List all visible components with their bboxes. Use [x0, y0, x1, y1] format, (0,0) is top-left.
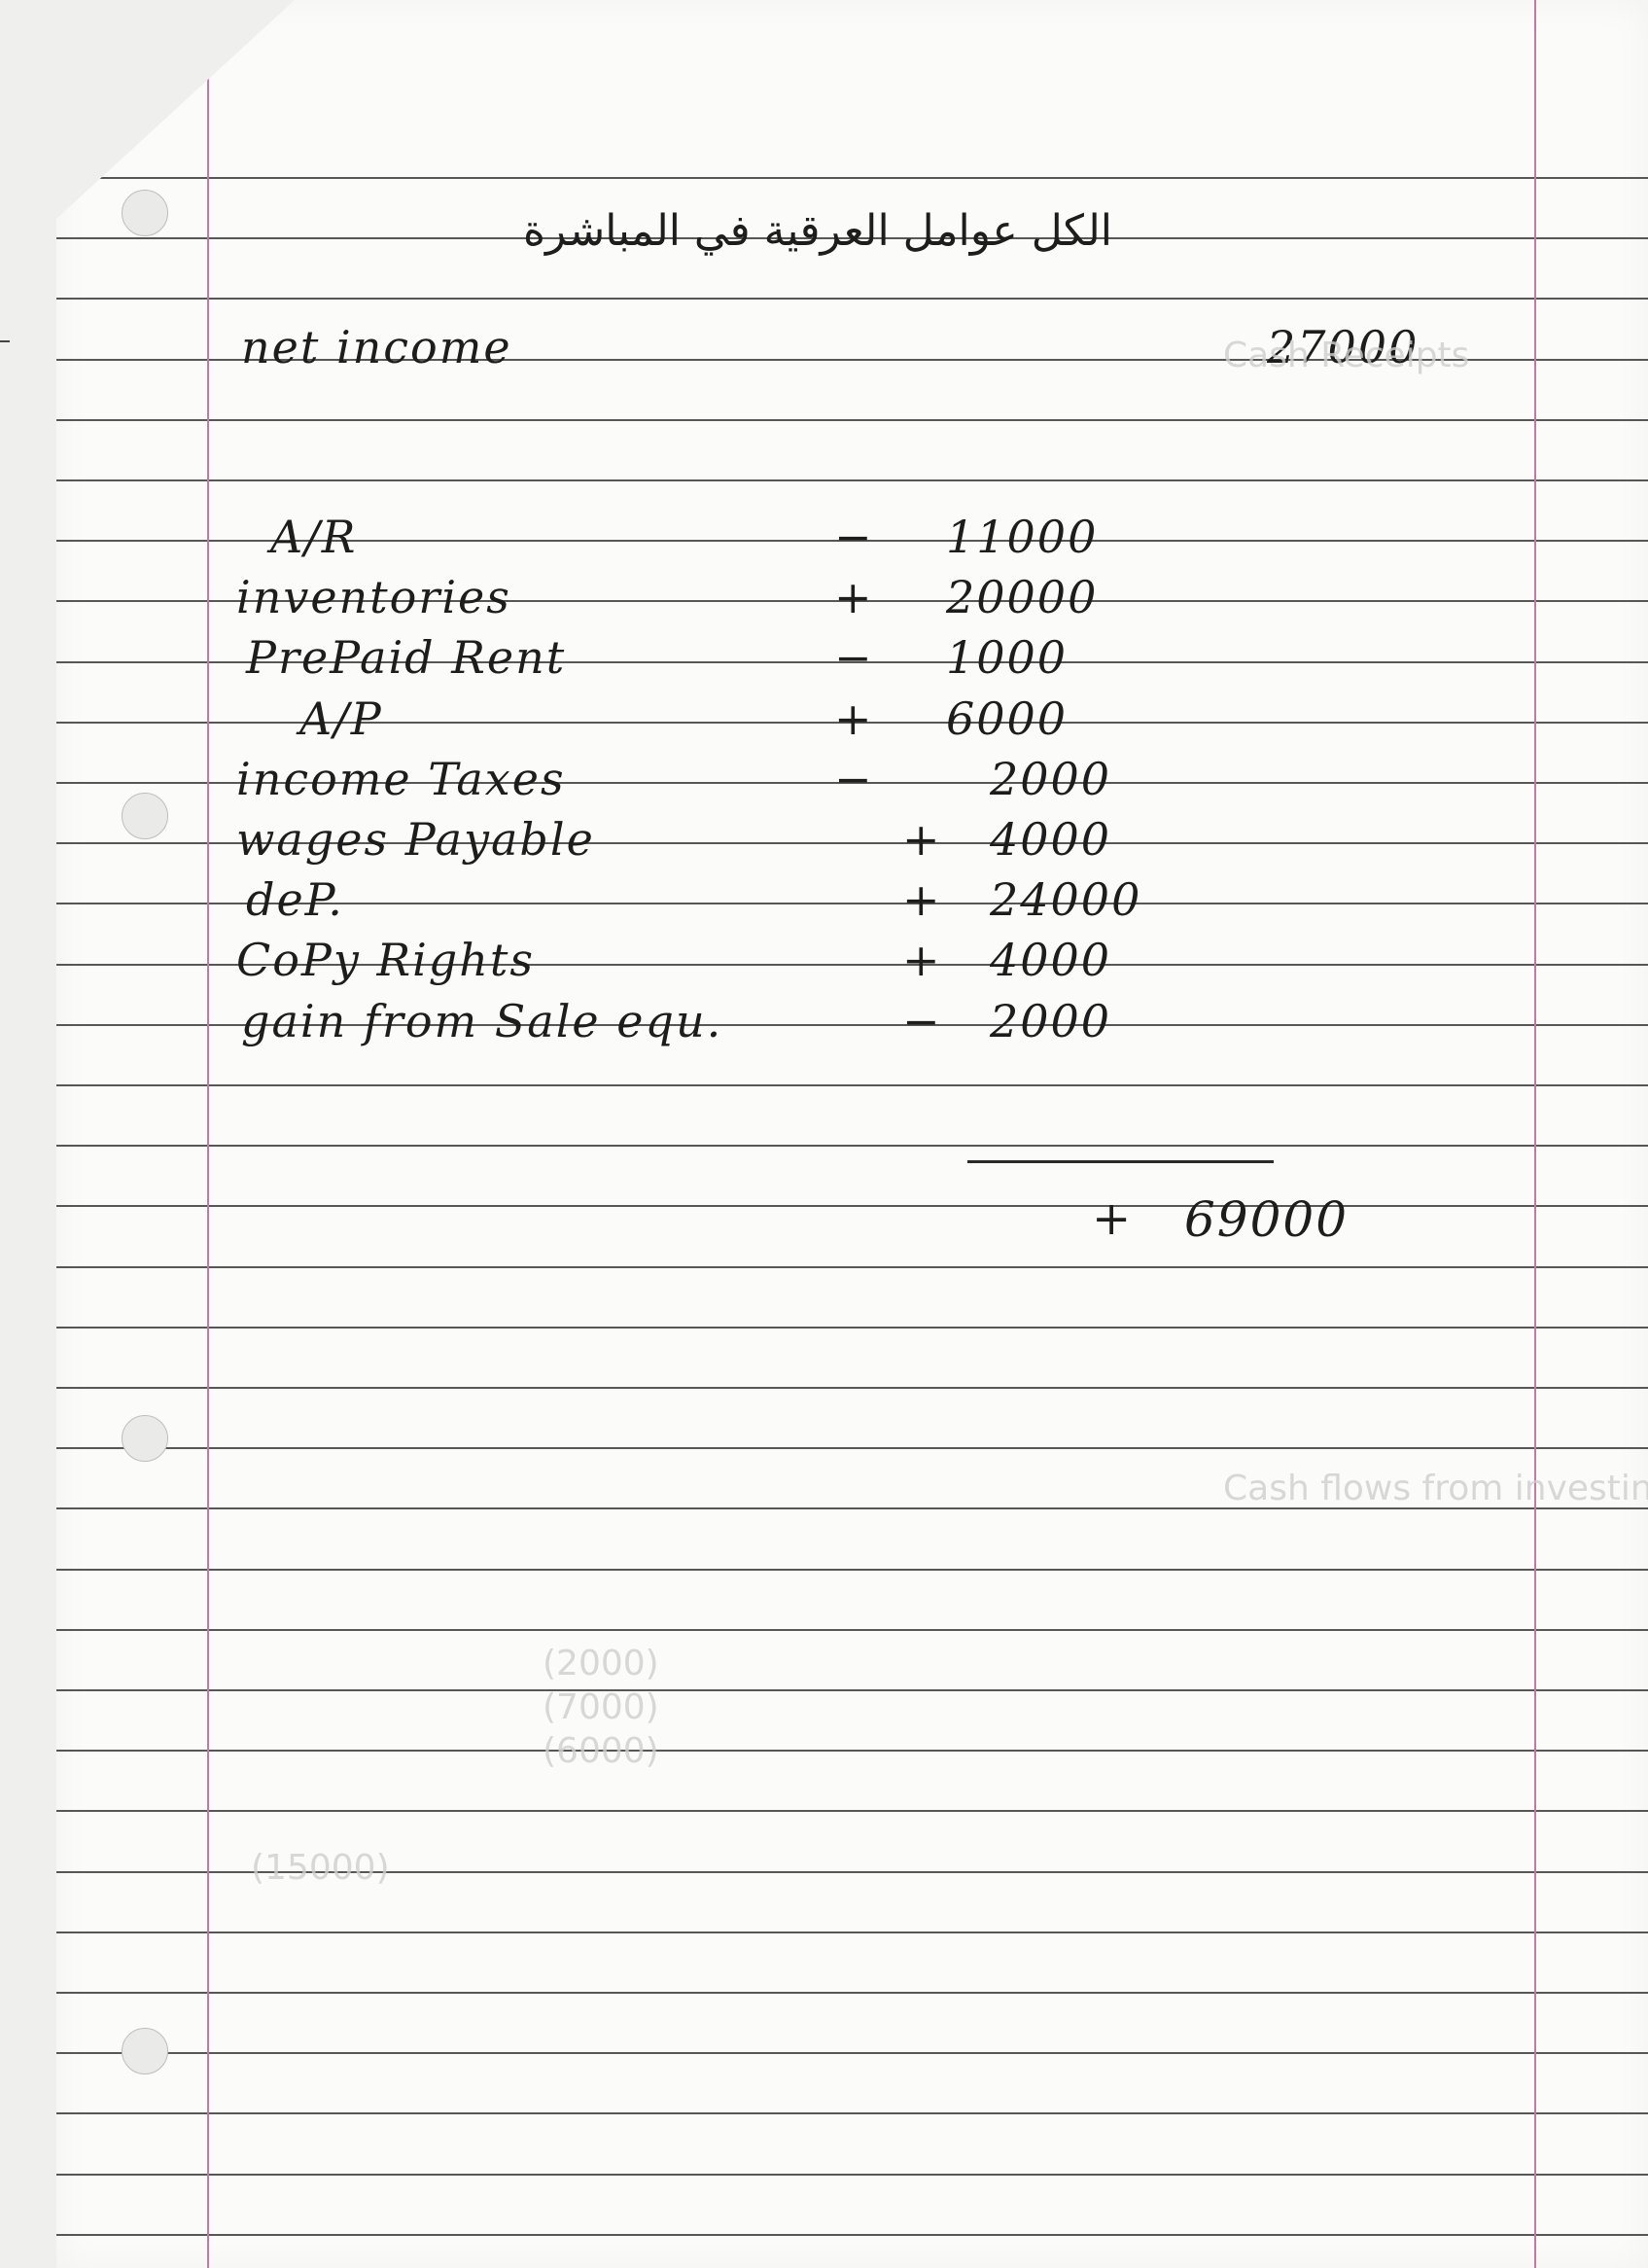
adjustment-label: CoPy Rights — [236, 934, 535, 986]
adjustment-label: A/R — [270, 511, 357, 563]
bleed-through-text: Cash Receipts — [1223, 336, 1469, 375]
ruled-line — [56, 2112, 1648, 2114]
ruled-line — [56, 1387, 1648, 1389]
adjustment-value: 4000 — [990, 813, 1111, 866]
adjustment-value: 6000 — [946, 692, 1068, 745]
adjustment-sign: − — [834, 631, 874, 684]
adjustment-sign: + — [834, 692, 874, 745]
adjustment-value: 20000 — [946, 571, 1098, 623]
ruled-line — [56, 2174, 1648, 2176]
bleed-through-text: (6000) — [543, 1731, 659, 1771]
ruled-line — [56, 298, 1648, 300]
ruled-line — [56, 2234, 1648, 2236]
ruled-line — [56, 2052, 1648, 2054]
punch-hole-icon — [122, 190, 168, 236]
total-sign: + — [1092, 1191, 1133, 1246]
scanner-mark — [0, 340, 10, 342]
ruled-line — [56, 479, 1648, 481]
ruled-line — [56, 1084, 1648, 1086]
ruled-line — [56, 1145, 1648, 1147]
adjustment-sign: − — [834, 753, 874, 805]
total-value: 69000 — [1184, 1191, 1349, 1248]
ruled-line — [56, 1629, 1648, 1631]
right-margin-line — [1534, 0, 1536, 2268]
lined-paper-sheet: الكل عوامل العرقية في المباشرة net incom… — [56, 0, 1648, 2268]
bleed-through-text: (15000) — [251, 1848, 390, 1888]
ruled-line — [56, 1992, 1648, 1994]
sum-underline — [967, 1160, 1274, 1163]
adjustment-sign: + — [902, 934, 942, 986]
adjustment-label: gain from Sale equ. — [241, 995, 722, 1047]
adjustment-sign: + — [834, 571, 874, 623]
adjustment-value: 2000 — [990, 753, 1111, 805]
ruled-line — [56, 177, 1648, 179]
adjustment-label: wages Payable — [236, 813, 595, 866]
ruled-line — [56, 1810, 1648, 1812]
net-income-label: net income — [241, 321, 512, 373]
ruled-line — [56, 1447, 1648, 1449]
ruled-line — [56, 1931, 1648, 1933]
ruled-line — [56, 1205, 1648, 1207]
adjustment-value: 2000 — [990, 995, 1111, 1047]
adjustment-sign: − — [902, 995, 942, 1047]
adjustment-value: 24000 — [990, 873, 1141, 926]
adjustment-label: A/P — [299, 692, 383, 745]
bleed-through-text: (7000) — [543, 1687, 659, 1727]
adjustment-sign: + — [902, 873, 942, 926]
adjustment-label: inventories — [236, 571, 511, 623]
ruled-line — [56, 1266, 1648, 1268]
punch-hole-icon — [122, 793, 168, 839]
adjustment-sign: − — [834, 511, 874, 563]
adjustment-value: 4000 — [990, 934, 1111, 986]
adjustment-label: income Taxes — [236, 753, 566, 805]
adjustment-label: deP. — [246, 873, 344, 926]
bleed-through-text: (2000) — [543, 1644, 659, 1683]
adjustment-sign: + — [902, 813, 942, 866]
adjustment-value: 11000 — [946, 511, 1098, 563]
ruled-line — [56, 1327, 1648, 1329]
left-margin-line — [207, 0, 209, 2268]
punch-hole-icon — [122, 2028, 168, 2074]
adjustment-value: 1000 — [946, 631, 1068, 684]
adjustment-label: PrePaid Rent — [246, 631, 566, 684]
ruled-line — [56, 1569, 1648, 1571]
ruled-line — [56, 1689, 1648, 1691]
punch-hole-icon — [122, 1415, 168, 1462]
ruled-line — [56, 1750, 1648, 1752]
page-heading-arabic: الكل عوامل العرقية في المباشرة — [523, 206, 1112, 256]
ruled-line — [56, 419, 1648, 421]
bleed-through-text: Cash flows from investing — [1223, 1469, 1648, 1508]
